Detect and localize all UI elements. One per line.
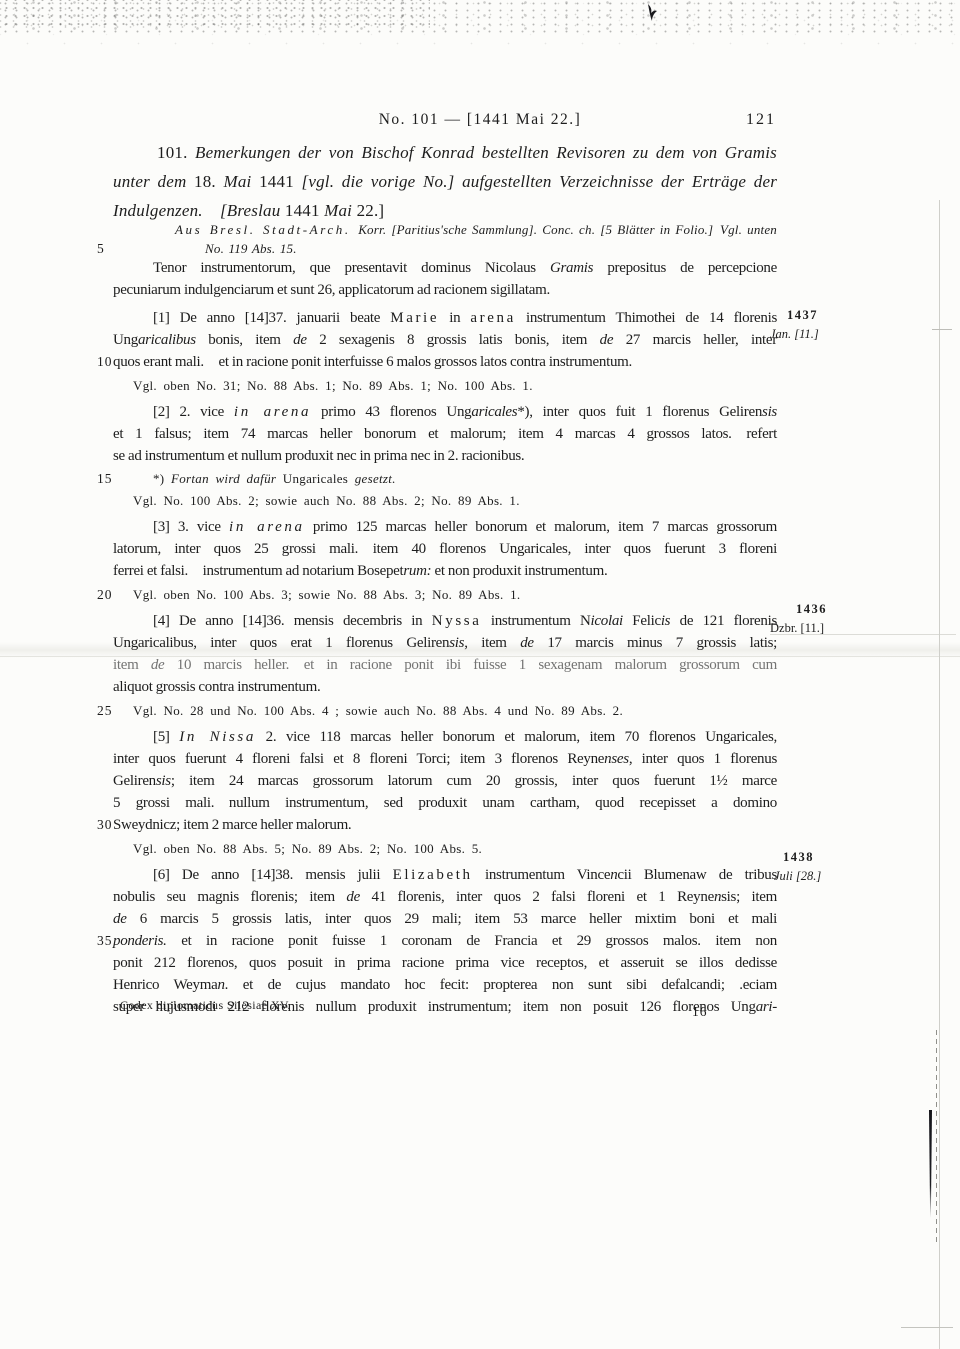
text-segment: 27 marcis heller, inter: [613, 332, 777, 348]
text-segment: Mai: [324, 201, 356, 220]
fold-ink-stroke: [929, 1110, 932, 1218]
text-segment: Mai: [224, 172, 260, 191]
text-segment: is: [661, 613, 670, 629]
margin-date-day: Dzbr. [11.]: [770, 619, 860, 638]
text-segment: sis: [156, 773, 171, 789]
text-block-vgl: Vgl. oben No. 88 Abs. 5; No. 89 Abs. 2; …: [113, 839, 777, 858]
text-line: [3] 3. vice in arena primo 125 marcas he…: [113, 516, 777, 538]
text-segment: instrumentum Vince: [473, 867, 611, 883]
text-segment: 1441: [285, 201, 324, 220]
text-block-vgl: 25Vgl. No. 28 und No. 100 Abs. 4 ; sowie…: [113, 701, 777, 720]
text-line: latorum, inter quos 25 grossi mali. item…: [113, 538, 777, 560]
text-segment: 5 grossi mali. nullum instrumentum, sed …: [113, 795, 777, 811]
text-block-vgl: Vgl. oben No. 31; No. 88 Abs. 1; No. 89 …: [113, 376, 777, 395]
margin-date: 1437 Jan. [11.]: [770, 306, 860, 344]
text-segment: [3] 3. vice: [153, 519, 229, 535]
text-line: de 6 marcis 5 grossis latis, inter quos …: [113, 908, 777, 930]
margin-date: 1436 Dzbr. [11.]: [770, 600, 860, 638]
text-block-para: [5] In Nissa 2. vice 118 marcas heller b…: [113, 726, 777, 836]
text-segment: ; item 24 marcas grossorum latorum cum 2…: [171, 773, 777, 789]
text-segment: Vgl. No. 100 Abs. 2; sowie auch No. 88 A…: [133, 493, 520, 508]
document-title: 101. Bemerkungen der von Bischof Konrad …: [113, 138, 777, 225]
text-line: inter quos fuerunt 4 floreni falsi et 8 …: [113, 748, 777, 770]
text-line: 30Sweydnicz; item 2 marce heller malorum…: [113, 814, 777, 836]
text-segment: nobulis seu magnis florenis; item: [113, 889, 346, 905]
margin-date: 1438 Juli [28.]: [770, 848, 860, 886]
text-segment: Ungaricalibus, inter quos erat 1 florenu…: [113, 635, 449, 651]
text-segment: de: [346, 889, 360, 905]
text-segment: 18.: [194, 172, 223, 191]
text-segment: quos erant mali. et in racione ponit int…: [113, 354, 632, 370]
text-line: Ungaricalibus, inter quos erat 1 florenu…: [113, 632, 777, 654]
text-segment: 6 marcis 5 grossis latis, inter quos 29 …: [127, 911, 777, 927]
text-line: unter dem 18. Mai 1441 [vgl. die vorige …: [113, 167, 777, 196]
margin-date-day: Jan. [11.]: [770, 325, 860, 344]
text-segment: [vgl. die vorige No.] aufgestellten Verz…: [302, 172, 777, 191]
text-segment: Vgl. oben No. 31; No. 88 Abs. 1; No. 89 …: [133, 378, 533, 393]
text-block-para: [1] De anno [14]37. januarii beate Marie…: [113, 307, 777, 373]
fold-tick: [932, 329, 952, 330]
text-segment: sis: [449, 635, 464, 651]
sheet-number: 16: [692, 1004, 708, 1020]
text-segment: aricalibus: [138, 332, 196, 348]
text-segment: latorum, inter quos 25 grossi mali. item…: [113, 541, 777, 557]
text-line: ponit 212 florenos, quos posuit in prima…: [113, 952, 777, 974]
text-segment: Aus Bresl. Stadt-Arch.: [175, 222, 358, 237]
line-number: 15: [97, 469, 119, 488]
text-segment: primo 125 marcas heller bonorum et malor…: [305, 519, 777, 535]
text-segment: pecuniarum indulgenciarum et sunt 26, ap…: [113, 282, 550, 298]
text-segment: sis: [762, 404, 777, 420]
text-segment: Gramis: [550, 260, 593, 276]
text-line: 5No. 119 Abs. 15.: [113, 239, 777, 258]
text-line: 20Vgl. oben No. 100 Abs. 3; sowie No. 88…: [113, 585, 777, 604]
scan-noise-cluster: [0, 0, 430, 30]
text-segment: ponit 212 florenos, quos posuit in prima…: [113, 955, 777, 971]
text-segment: ponderis.: [113, 933, 167, 949]
text-block-para: [6] De anno [14]38. mensis julii Elizabe…: [113, 864, 777, 1018]
text-line: Gelirensis; item 24 marcas grossorum lat…: [113, 770, 777, 792]
fold-tick: [901, 1327, 953, 1328]
text-line: Vgl. oben No. 31; No. 88 Abs. 1; No. 89 …: [113, 376, 777, 395]
text-segment: Tenor instrumentorum, que presentavit do…: [153, 260, 550, 276]
text-line: ferrei et falsi. instrumentum ad notariu…: [113, 560, 777, 582]
margin-date-year: 1436: [770, 600, 860, 619]
text-segment: 101.: [157, 143, 195, 162]
text-segment: Elizabeth: [393, 867, 473, 883]
text-segment: nses: [604, 751, 629, 767]
text-segment: Fortan wird dafür: [171, 471, 283, 486]
text-segment: rum:: [403, 563, 431, 579]
text-segment: de: [151, 657, 165, 673]
text-segment: 2. vice 118 marcas heller bonorum et mal…: [256, 729, 777, 745]
text-segment: Marie: [390, 310, 439, 326]
text-segment: 2 sexagenis 8 grossis latis bonis, item: [307, 332, 600, 348]
text-line: Henrico Weyman. et de cujus mandato hoc …: [113, 974, 777, 996]
text-line: 10quos erant mali. et in racione ponit i…: [113, 351, 777, 373]
text-segment: de: [113, 911, 127, 927]
text-segment: Nyssa: [432, 613, 482, 629]
scan-noise-band: [0, 0, 960, 34]
text-segment: et 1 falsus; item 74 marcas heller bonor…: [113, 426, 777, 442]
text-segment: Geliren: [113, 773, 156, 789]
text-line: 101. Bemerkungen der von Bischof Konrad …: [113, 138, 777, 167]
margin-date-year: 1438: [770, 848, 860, 867]
text-segment: Bemerkungen der von Bischof Konrad beste…: [195, 143, 777, 162]
text-line: et 1 falsus; item 74 marcas heller bonor…: [113, 423, 777, 445]
text-block-para: [4] De anno [14]36. mensis decembris in …: [113, 610, 777, 698]
text-segment: in arena: [229, 519, 305, 535]
text-segment: Ung: [113, 332, 138, 348]
text-segment: [5]: [153, 729, 179, 745]
text-segment: gesetzt.: [355, 471, 396, 486]
text-segment: ferrei et falsi. instrumentum ad notariu…: [113, 563, 403, 579]
text-block-src: Aus Bresl. Stadt-Arch. Korr. [Paritius's…: [113, 220, 777, 258]
text-line: [4] De anno [14]36. mensis decembris in …: [113, 610, 777, 632]
running-head: No. 101 — [1441 Mai 22.]: [0, 111, 960, 129]
text-segment: Vgl. No. 28 und No. 100 Abs. 4 ; sowie a…: [133, 703, 623, 718]
line-number: 35: [97, 930, 119, 952]
text-segment: Vgl. oben No. 100 Abs. 3; sowie No. 88 A…: [133, 587, 520, 602]
text-segment: [6] De anno [14]38. mensis julii: [153, 867, 393, 883]
text-segment: unter dem: [113, 172, 194, 191]
text-segment: in: [439, 310, 470, 326]
text-line: Vgl. oben No. 88 Abs. 5; No. 89 Abs. 2; …: [113, 839, 777, 858]
text-segment: primo 43 florenos Ung: [311, 404, 471, 420]
text-segment: *), inter quos fuit 1 florenus Geliren: [517, 404, 762, 420]
text-line: pecuniarum indulgenciarum et sunt 26, ap…: [113, 279, 777, 301]
text-line: [1] De anno [14]37. januarii beate Marie…: [113, 307, 777, 329]
text-segment: icolai: [591, 613, 623, 629]
text-line: 35ponderis. et in racione ponit fuisse 1…: [113, 930, 777, 952]
text-segment: ari-: [756, 999, 777, 1015]
text-line: [5] In Nissa 2. vice 118 marcas heller b…: [113, 726, 777, 748]
text-segment: de: [600, 332, 614, 348]
text-segment: [1] De anno [14]37. januarii beate: [153, 310, 390, 326]
text-segment: [2] 2. vice: [153, 404, 234, 420]
text-segment: In Nissa: [179, 729, 256, 745]
scan-noise-sparse: [0, 0, 960, 46]
text-segment: de 121 florenis: [670, 613, 777, 629]
text-segment: . et de cujus mandato hoc fecit: propter…: [225, 977, 777, 993]
text-segment: n: [217, 977, 224, 993]
text-block-title: 101. Bemerkungen der von Bischof Konrad …: [113, 138, 777, 225]
line-number: 25: [97, 701, 119, 720]
line-number: 30: [97, 814, 119, 836]
text-segment: instrumentum N: [481, 613, 590, 629]
text-block-fn: 15*) Fortan wird dafür Ungaricales geset…: [113, 469, 777, 488]
text-line: Tenor instrumentorum, que presentavit do…: [113, 257, 777, 279]
text-segment: aliquot grossis contra instrumentum.: [113, 679, 320, 695]
text-segment: et in racione ponit fuisse 1 coronam de …: [167, 933, 777, 949]
text-segment: Sweydnicz; item 2 marce heller malorum.: [113, 817, 351, 833]
fold-line-vertical: [939, 200, 940, 1349]
text-segment: cii Blumenaw de tribus: [617, 867, 777, 883]
text-block-vgl: Vgl. No. 100 Abs. 2; sowie auch No. 88 A…: [113, 491, 777, 510]
line-number: 20: [97, 585, 119, 604]
text-segment: Felic: [623, 613, 661, 629]
text-segment: 17 marcis minus 7 grossis latis;: [534, 635, 777, 651]
text-segment: instrumentum Thimothei de 14 florenis: [516, 310, 777, 326]
text-line: Ungaricalibus bonis, item de 2 sexagenis…: [113, 329, 777, 351]
text-segment: arena: [470, 310, 515, 326]
text-segment: Korr. [Paritius'sche Sammlung]. Conc. ch…: [358, 222, 777, 237]
text-segment: 22.]: [357, 201, 385, 220]
text-line: Vgl. No. 100 Abs. 2; sowie auch No. 88 A…: [113, 491, 777, 510]
text-segment: in arena: [234, 404, 311, 420]
text-segment: prepositus de percepcione: [593, 260, 777, 276]
text-segment: 1441: [259, 172, 301, 191]
text-line: aliquot grossis contra instrumentum.: [113, 676, 777, 698]
text-block-para: [3] 3. vice in arena primo 125 marcas he…: [113, 516, 777, 582]
text-segment: item: [113, 657, 151, 673]
text-segment: de: [293, 332, 307, 348]
text-line: nobulis seu magnis florenis; item de 41 …: [113, 886, 777, 908]
text-segment: aricales: [471, 404, 517, 420]
line-number: 10: [97, 351, 119, 373]
line-number: 5: [97, 239, 119, 258]
text-block-vgl: 20Vgl. oben No. 100 Abs. 3; sowie No. 88…: [113, 585, 777, 604]
text-line: Aus Bresl. Stadt-Arch. Korr. [Paritius's…: [113, 220, 777, 239]
text-block-para: [2] 2. vice in arena primo 43 florenos U…: [113, 401, 777, 467]
text-segment: 41 florenis, inter quos 2 falsi floreni …: [360, 889, 714, 905]
document-body: Tenor instrumentorum, que presentavit do…: [113, 257, 777, 1018]
text-line: 5 grossi mali. nullum instrumentum, sed …: [113, 792, 777, 814]
text-segment: sis; item: [721, 889, 777, 905]
text-segment: Indulgenzen. [Breslau: [113, 201, 285, 220]
text-block-para: Tenor instrumentorum, que presentavit do…: [113, 257, 777, 301]
text-segment: et non produxit instrumentum.: [431, 563, 607, 579]
text-line: [6] De anno [14]38. mensis julii Elizabe…: [113, 864, 777, 886]
text-segment: se ad instrumentum et nullum produxit ne…: [113, 448, 524, 464]
text-segment: Henrico Weyma: [113, 977, 217, 993]
text-segment: , inter quos 1 florenus: [629, 751, 777, 767]
margin-date-day: Juli [28.]: [770, 867, 860, 886]
scanned-document-page: No. 101 — [1441 Mai 22.] 121 101. Bemerk…: [0, 0, 960, 1349]
text-segment: [4] De anno [14]36. mensis decembris in: [153, 613, 432, 629]
text-segment: de: [520, 635, 534, 651]
text-segment: 10 marcis heller. et in racione ponit ib…: [164, 657, 777, 673]
fold-line-dashed: [936, 1030, 937, 1245]
text-line: 25Vgl. No. 28 und No. 100 Abs. 4 ; sowie…: [113, 701, 777, 720]
text-segment: inter quos fuerunt 4 floreni falsi et 8 …: [113, 751, 604, 767]
text-segment: *): [153, 471, 171, 486]
text-line: se ad instrumentum et nullum produxit ne…: [113, 445, 777, 467]
text-segment: bonis, item: [196, 332, 293, 348]
text-line: [2] 2. vice in arena primo 43 florenos U…: [113, 401, 777, 423]
text-segment: Ungaricales: [283, 471, 355, 486]
ink-mark: [646, 3, 659, 22]
text-segment: No. 119 Abs. 15.: [205, 241, 297, 256]
text-line: item de 10 marcis heller. et in racione …: [113, 654, 777, 676]
margin-date-year: 1437: [770, 306, 860, 325]
page-number: 121: [746, 111, 776, 129]
source-note: Aus Bresl. Stadt-Arch. Korr. [Paritius's…: [113, 220, 777, 258]
text-line: 15*) Fortan wird dafür Ungaricales geset…: [113, 469, 777, 488]
text-segment: Vgl. oben No. 88 Abs. 5; No. 89 Abs. 2; …: [133, 841, 482, 856]
text-segment: , item: [464, 635, 520, 651]
volume-signature: Codex diplomaticus Silesiae XV.: [120, 998, 291, 1013]
